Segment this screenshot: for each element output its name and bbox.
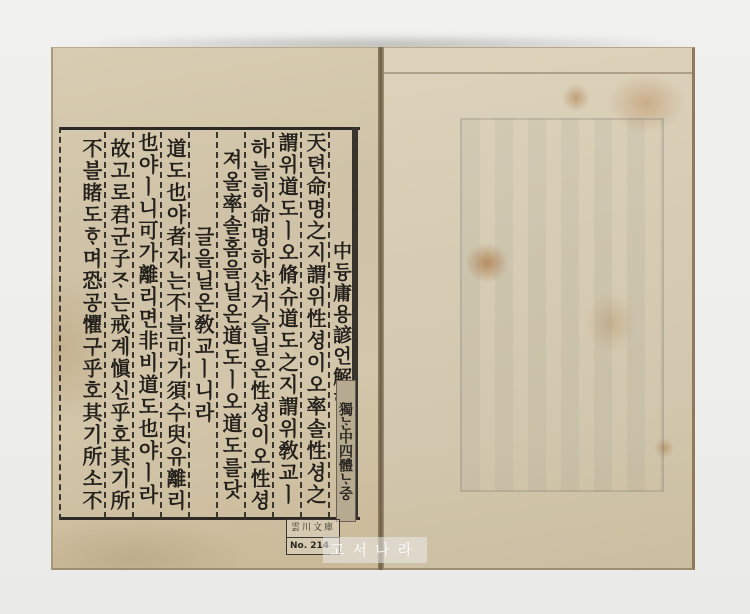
print-frame-left-rule [51,127,61,520]
text-column-3: 하늘히命명하샨거슬닐온性셩이오性셩 [246,132,274,518]
watermark: 고서나라 [323,537,427,563]
book-spine [378,47,384,570]
text-column-9: 不블睹도ᄒᆞ며恐공懼구乎호其기所소不 [66,132,106,518]
chapter-side-label: 獨ᄂᆞᆫ中四體ᄂᆞ중 [336,380,356,522]
text-column-1: 天텬命명之지謂위性셩이오率솔性셩之지 [302,132,330,518]
page-fold-line [384,72,692,74]
stamp-library-name: 雲川文庫 [287,520,339,538]
text-column-2: 謂위道도ㅣ오脩슈道도之지謂위敎교ㅣ니라 [274,132,302,518]
text-column-8: 故고로君군子ᄌᆞ는戒계愼신乎호其기所 [106,132,134,518]
bleed-through-text [460,118,664,492]
text-column-6: 道도也야者자는不블可가須수臾유離리 [162,132,190,518]
text-column-7: 也야ㅣ니可가離리면非비道도也야ㅣ라是시 [134,132,162,518]
text-column-5: 글을닐온敎교ㅣ니라 [190,132,218,518]
text-column-4: 져올率솔홈을닐온道도ㅣ오道도를닷 [218,132,246,518]
